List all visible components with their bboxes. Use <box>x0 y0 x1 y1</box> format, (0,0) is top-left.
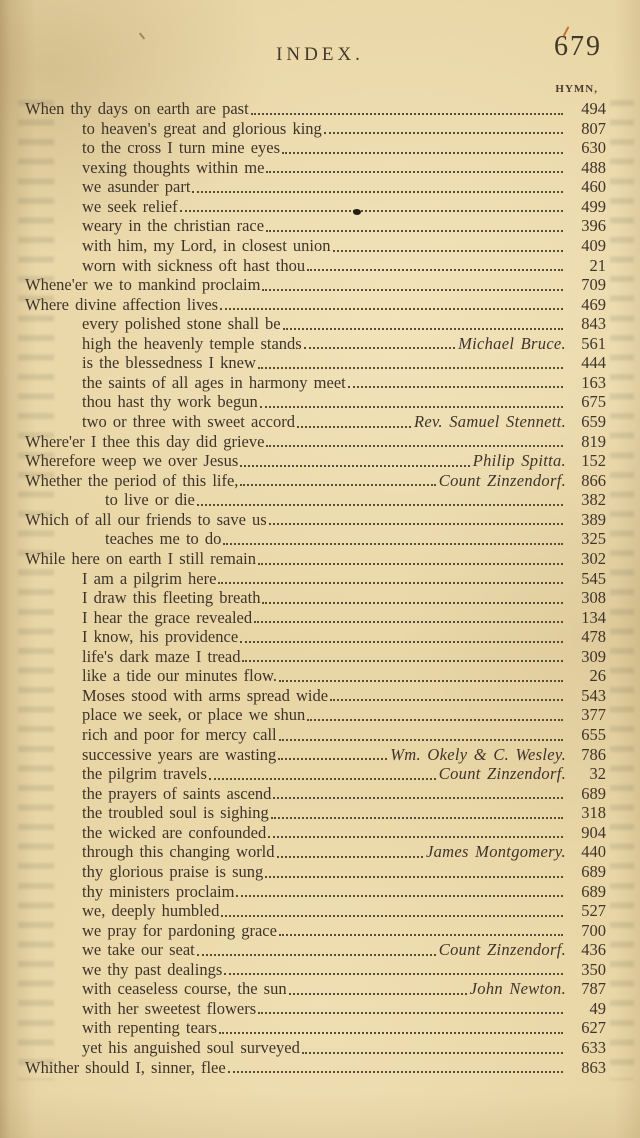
index-entry-row: I know, his providence 478 <box>25 627 606 647</box>
entry-text: through this changing world <box>82 842 275 862</box>
dot-leader <box>220 308 563 310</box>
entry-hymn-number: 633 <box>570 1038 606 1058</box>
dot-leader <box>224 973 563 975</box>
dot-leader <box>333 250 564 252</box>
entry-text: successive years are wasting <box>82 745 276 765</box>
index-entry-row: Whither should I, sinner, flee 863 <box>25 1058 606 1078</box>
entry-text: we thy past dealings <box>82 960 222 980</box>
entry-text: weary in the christian race <box>82 216 264 236</box>
dot-leader <box>197 504 563 506</box>
dot-leader <box>266 230 563 232</box>
index-entry-row: When thy days on earth are past 494 <box>25 99 606 119</box>
entry-text: Which of all our friends to save us <box>25 510 267 530</box>
entry-hymn-number: 309 <box>570 647 606 667</box>
dot-leader <box>279 680 563 682</box>
dot-leader <box>266 171 563 173</box>
entry-text: the saints of all ages in harmony meet <box>82 373 346 393</box>
dot-leader <box>223 543 563 545</box>
entry-hymn-number: 675 <box>570 392 606 412</box>
entry-hymn-number: 545 <box>570 569 606 589</box>
index-entry-row: to heaven's great and glorious king 807 <box>25 119 606 139</box>
entry-text: we pray for pardoning grace <box>82 921 277 941</box>
entry-text: we take our seat <box>82 940 195 960</box>
entry-hymn-number: 700 <box>570 921 606 941</box>
dot-leader <box>240 641 563 643</box>
dot-leader <box>330 699 563 701</box>
dot-leader <box>218 582 563 584</box>
entry-text: thy glorious praise is sung <box>82 862 263 882</box>
entry-hymn-number: 444 <box>570 353 606 373</box>
entry-hymn-number: 478 <box>570 627 606 647</box>
entry-text: the troubled soul is sighing <box>82 803 269 823</box>
index-entry-row: we take our seat Count Zinzendorf. 436 <box>25 940 606 960</box>
dot-leader <box>240 484 435 486</box>
entry-hymn-number: 469 <box>570 295 606 315</box>
index-entry-row: is the blessedness I knew 444 <box>25 353 606 373</box>
dot-leader <box>279 934 563 936</box>
entry-hymn-number: 436 <box>570 940 606 960</box>
index-entry-row: two or three with sweet accord Rev. Samu… <box>25 412 606 432</box>
entry-text: yet his anguished soul surveyed <box>82 1038 300 1058</box>
entry-text: vexing thoughts within me <box>82 158 264 178</box>
entry-author: Count Zinzendorf. <box>439 940 566 960</box>
dot-leader <box>289 993 467 995</box>
dot-leader <box>209 778 436 780</box>
index-entry-row: vexing thoughts within me 488 <box>25 158 606 178</box>
dot-leader <box>258 367 563 369</box>
entry-hymn-number: 308 <box>570 588 606 608</box>
entry-hymn-number: 325 <box>570 529 606 549</box>
index-entry-row: worn with sickness oft hast thou 21 <box>25 256 606 276</box>
entry-text: Whither should I, sinner, flee <box>25 1058 226 1078</box>
index-entry-row: teaches me to do 325 <box>25 529 606 549</box>
dot-leader <box>219 1032 563 1034</box>
dot-leader <box>262 289 563 291</box>
dot-leader <box>197 954 436 956</box>
page-title: INDEX. <box>0 44 640 66</box>
index-entry-row: Whene'er we to mankind proclaim 709 <box>25 275 606 295</box>
entry-hymn-number: 561 <box>570 334 606 354</box>
entry-hymn-number: 494 <box>570 99 606 119</box>
dot-leader <box>279 739 563 741</box>
entry-text: When thy days on earth are past <box>25 99 249 119</box>
entry-text: with her sweetest flowers <box>82 999 256 1019</box>
entry-text: to live or die <box>105 490 195 510</box>
dot-leader <box>242 660 563 662</box>
dot-leader <box>254 621 563 623</box>
entry-author: Philip Spitta. <box>473 451 566 471</box>
dot-leader <box>273 797 563 799</box>
index-entry-row: we pray for pardoning grace 700 <box>25 921 606 941</box>
entry-author: Count Zinzendorf. <box>439 471 566 491</box>
index-entry-row: with repenting tears 627 <box>25 1018 606 1038</box>
entry-text: Whene'er we to mankind proclaim <box>25 275 260 295</box>
entry-hymn-number: 389 <box>570 510 606 530</box>
dot-leader <box>240 465 469 467</box>
entry-text: place we seek, or place we shun <box>82 705 305 725</box>
dot-leader <box>283 328 563 330</box>
index-entry-row: to live or die 382 <box>25 490 606 510</box>
index-list: When thy days on earth are past 494 to h… <box>25 99 606 1077</box>
entry-hymn-number: 163 <box>570 373 606 393</box>
entry-hymn-number: 904 <box>570 823 606 843</box>
entry-hymn-number: 382 <box>570 490 606 510</box>
entry-text: While here on earth I still remain <box>25 549 256 569</box>
entry-text: worn with sickness oft hast thou <box>82 256 305 276</box>
entry-text: high the heavenly temple stands <box>82 334 302 354</box>
dot-leader <box>265 876 563 878</box>
entry-hymn-number: 630 <box>570 138 606 158</box>
entry-author: Rev. Samuel Stennett. <box>414 412 566 432</box>
entry-hymn-number: 396 <box>570 216 606 236</box>
entry-hymn-number: 32 <box>570 764 606 784</box>
index-entry-row: like a tide our minutes flow. 26 <box>25 666 606 686</box>
book-page: INDEX. 679 HYMN, When thy days on earth … <box>0 0 640 1138</box>
entry-text: thy ministers proclaim <box>82 882 234 902</box>
entry-hymn-number: 659 <box>570 412 606 432</box>
index-entry-row: the pilgrim travels Count Zinzendorf. 32 <box>25 764 606 784</box>
dot-leader <box>228 1071 563 1073</box>
dot-leader <box>302 1052 563 1054</box>
dot-leader <box>258 563 563 565</box>
entry-hymn-number: 26 <box>570 666 606 686</box>
entry-hymn-number: 460 <box>570 177 606 197</box>
dot-leader <box>307 719 563 721</box>
entry-text: we, deeply humbled <box>82 901 219 921</box>
entry-author: Count Zinzendorf. <box>439 764 566 784</box>
dot-leader <box>262 602 563 604</box>
dot-leader <box>304 347 455 349</box>
entry-hymn-number: 689 <box>570 784 606 804</box>
index-entry-row: I draw this fleeting breath 308 <box>25 588 606 608</box>
entry-hymn-number: 318 <box>570 803 606 823</box>
entry-hymn-number: 627 <box>570 1018 606 1038</box>
index-entry-row: with her sweetest flowers 49 <box>25 999 606 1019</box>
index-entry-row: Wherefore weep we over Jesus Philip Spit… <box>25 451 606 471</box>
index-entry-row: with ceaseless course, the sun John Newt… <box>25 979 606 999</box>
entry-text: Wherefore weep we over Jesus <box>25 451 238 471</box>
entry-text: Where divine affection lives <box>25 295 218 315</box>
entry-text: the wicked are confounded <box>82 823 266 843</box>
dot-leader <box>268 836 563 838</box>
index-entry-row: the wicked are confounded 904 <box>25 823 606 843</box>
index-entry-row: high the heavenly temple stands Michael … <box>25 334 606 354</box>
index-entry-row: thy glorious praise is sung 689 <box>25 862 606 882</box>
entry-hymn-number: 863 <box>570 1058 606 1078</box>
entry-hymn-number: 527 <box>570 901 606 921</box>
index-entry-row: Moses stood with arms spread wide 543 <box>25 686 606 706</box>
entry-hymn-number: 440 <box>570 842 606 862</box>
entry-text: with ceaseless course, the sun <box>82 979 287 999</box>
entry-text: with repenting tears <box>82 1018 217 1038</box>
entry-text: thou hast thy work begun <box>82 392 258 412</box>
entry-author: Wm. Okely & C. Wesley. <box>390 745 566 765</box>
entry-text: rich and poor for mercy call <box>82 725 277 745</box>
index-entry-row: the saints of all ages in harmony meet 1… <box>25 373 606 393</box>
dot-leader <box>307 269 563 271</box>
dot-leader <box>324 132 563 134</box>
entry-hymn-number: 866 <box>570 471 606 491</box>
entry-hymn-number: 689 <box>570 862 606 882</box>
entry-hymn-number: 377 <box>570 705 606 725</box>
entry-hymn-number: 787 <box>570 979 606 999</box>
index-entry-row: thy ministers proclaim 689 <box>25 882 606 902</box>
index-entry-row: the troubled soul is sighing 318 <box>25 803 606 823</box>
entry-author: John Newton. <box>470 979 566 999</box>
entry-text: I hear the grace revealed <box>82 608 252 628</box>
index-entry-row: thou hast thy work begun 675 <box>25 392 606 412</box>
index-entry-row: I hear the grace revealed 134 <box>25 608 606 628</box>
ink-blot <box>353 209 361 215</box>
index-entry-row: we seek relief 499 <box>25 197 606 217</box>
entry-author: James Montgomery. <box>426 842 566 862</box>
show-through-right-margin <box>610 100 634 1080</box>
index-entry-row: every polished stone shall be 843 <box>25 314 606 334</box>
entry-hymn-number: 350 <box>570 960 606 980</box>
entry-text: the pilgrim travels <box>82 764 207 784</box>
index-entry-row: place we seek, or place we shun 377 <box>25 705 606 725</box>
entry-text: Moses stood with arms spread wide <box>82 686 328 706</box>
entry-hymn-number: 49 <box>570 999 606 1019</box>
dot-leader <box>282 152 563 154</box>
entry-text: I draw this fleeting breath <box>82 588 260 608</box>
entry-hymn-number: 819 <box>570 432 606 452</box>
index-entry-row: life's dark maze I tread 309 <box>25 647 606 667</box>
entry-text: life's dark maze I tread <box>82 647 240 667</box>
dot-leader <box>221 915 563 917</box>
entry-hymn-number: 843 <box>570 314 606 334</box>
entry-text: is the blessedness I knew <box>82 353 256 373</box>
index-entry-row: we, deeply humbled 527 <box>25 901 606 921</box>
entry-text: I am a pilgrim here <box>82 569 216 589</box>
entry-hymn-number: 543 <box>570 686 606 706</box>
entry-hymn-number: 302 <box>570 549 606 569</box>
index-entry-row: I am a pilgrim here 545 <box>25 569 606 589</box>
dot-leader <box>278 758 387 760</box>
dot-leader <box>180 210 563 212</box>
entry-text: Whether the period of this life, <box>25 471 238 491</box>
dot-leader <box>348 386 563 388</box>
dot-leader <box>251 113 563 115</box>
entry-text: with him, my Lord, in closest union <box>82 236 331 256</box>
hymn-column-header: HYMN, <box>555 83 598 95</box>
entry-text: we seek relief <box>82 197 178 217</box>
index-entry-row: Which of all our friends to save us 389 <box>25 510 606 530</box>
entry-text: like a tide our minutes flow. <box>82 666 277 686</box>
entry-text: two or three with sweet accord <box>82 412 295 432</box>
dot-leader <box>297 426 411 428</box>
index-entry-row: through this changing world James Montgo… <box>25 842 606 862</box>
entry-text: to the cross I turn mine eyes <box>82 138 280 158</box>
entry-hymn-number: 409 <box>570 236 606 256</box>
dot-leader <box>260 406 563 408</box>
dot-leader <box>277 856 423 858</box>
index-entry-row: While here on earth I still remain 302 <box>25 549 606 569</box>
entry-text: to heaven's great and glorious king <box>82 119 322 139</box>
entry-hymn-number: 21 <box>570 256 606 276</box>
entry-text: I know, his providence <box>82 627 238 647</box>
entry-text: Where'er I thee this day did grieve <box>25 432 264 452</box>
index-entry-row: to the cross I turn mine eyes 630 <box>25 138 606 158</box>
dot-leader <box>271 817 563 819</box>
index-entry-row: weary in the christian race 396 <box>25 216 606 236</box>
index-entry-row: Whether the period of this life, Count Z… <box>25 471 606 491</box>
index-entry-row: we asunder part 460 <box>25 177 606 197</box>
entry-text: teaches me to do <box>105 529 221 549</box>
dot-leader <box>269 523 563 525</box>
index-entry-row: with him, my Lord, in closest union 409 <box>25 236 606 256</box>
dot-leader <box>266 445 563 447</box>
entry-author: Michael Bruce. <box>458 334 566 354</box>
entry-text: every polished stone shall be <box>82 314 281 334</box>
paper-scratch <box>139 32 146 40</box>
entry-hymn-number: 689 <box>570 882 606 902</box>
entry-hymn-number: 655 <box>570 725 606 745</box>
index-entry-row: we thy past dealings 350 <box>25 960 606 980</box>
index-entry-row: rich and poor for mercy call 655 <box>25 725 606 745</box>
dot-leader <box>192 191 563 193</box>
entry-text: we asunder part <box>82 177 190 197</box>
index-entry-row: the prayers of saints ascend 689 <box>25 784 606 804</box>
dot-leader <box>236 895 563 897</box>
entry-hymn-number: 152 <box>570 451 606 471</box>
index-entry-row: Where divine affection lives 469 <box>25 295 606 315</box>
index-entry-row: Where'er I thee this day did grieve 819 <box>25 432 606 452</box>
dot-leader <box>258 1012 563 1014</box>
entry-hymn-number: 499 <box>570 197 606 217</box>
page-number: 679 <box>554 31 602 63</box>
entry-hymn-number: 709 <box>570 275 606 295</box>
index-entry-row: successive years are wasting Wm. Okely &… <box>25 745 606 765</box>
index-entry-row: yet his anguished soul surveyed 633 <box>25 1038 606 1058</box>
entry-text: the prayers of saints ascend <box>82 784 271 804</box>
entry-hymn-number: 807 <box>570 119 606 139</box>
entry-hymn-number: 488 <box>570 158 606 178</box>
entry-hymn-number: 786 <box>570 745 606 765</box>
entry-hymn-number: 134 <box>570 608 606 628</box>
